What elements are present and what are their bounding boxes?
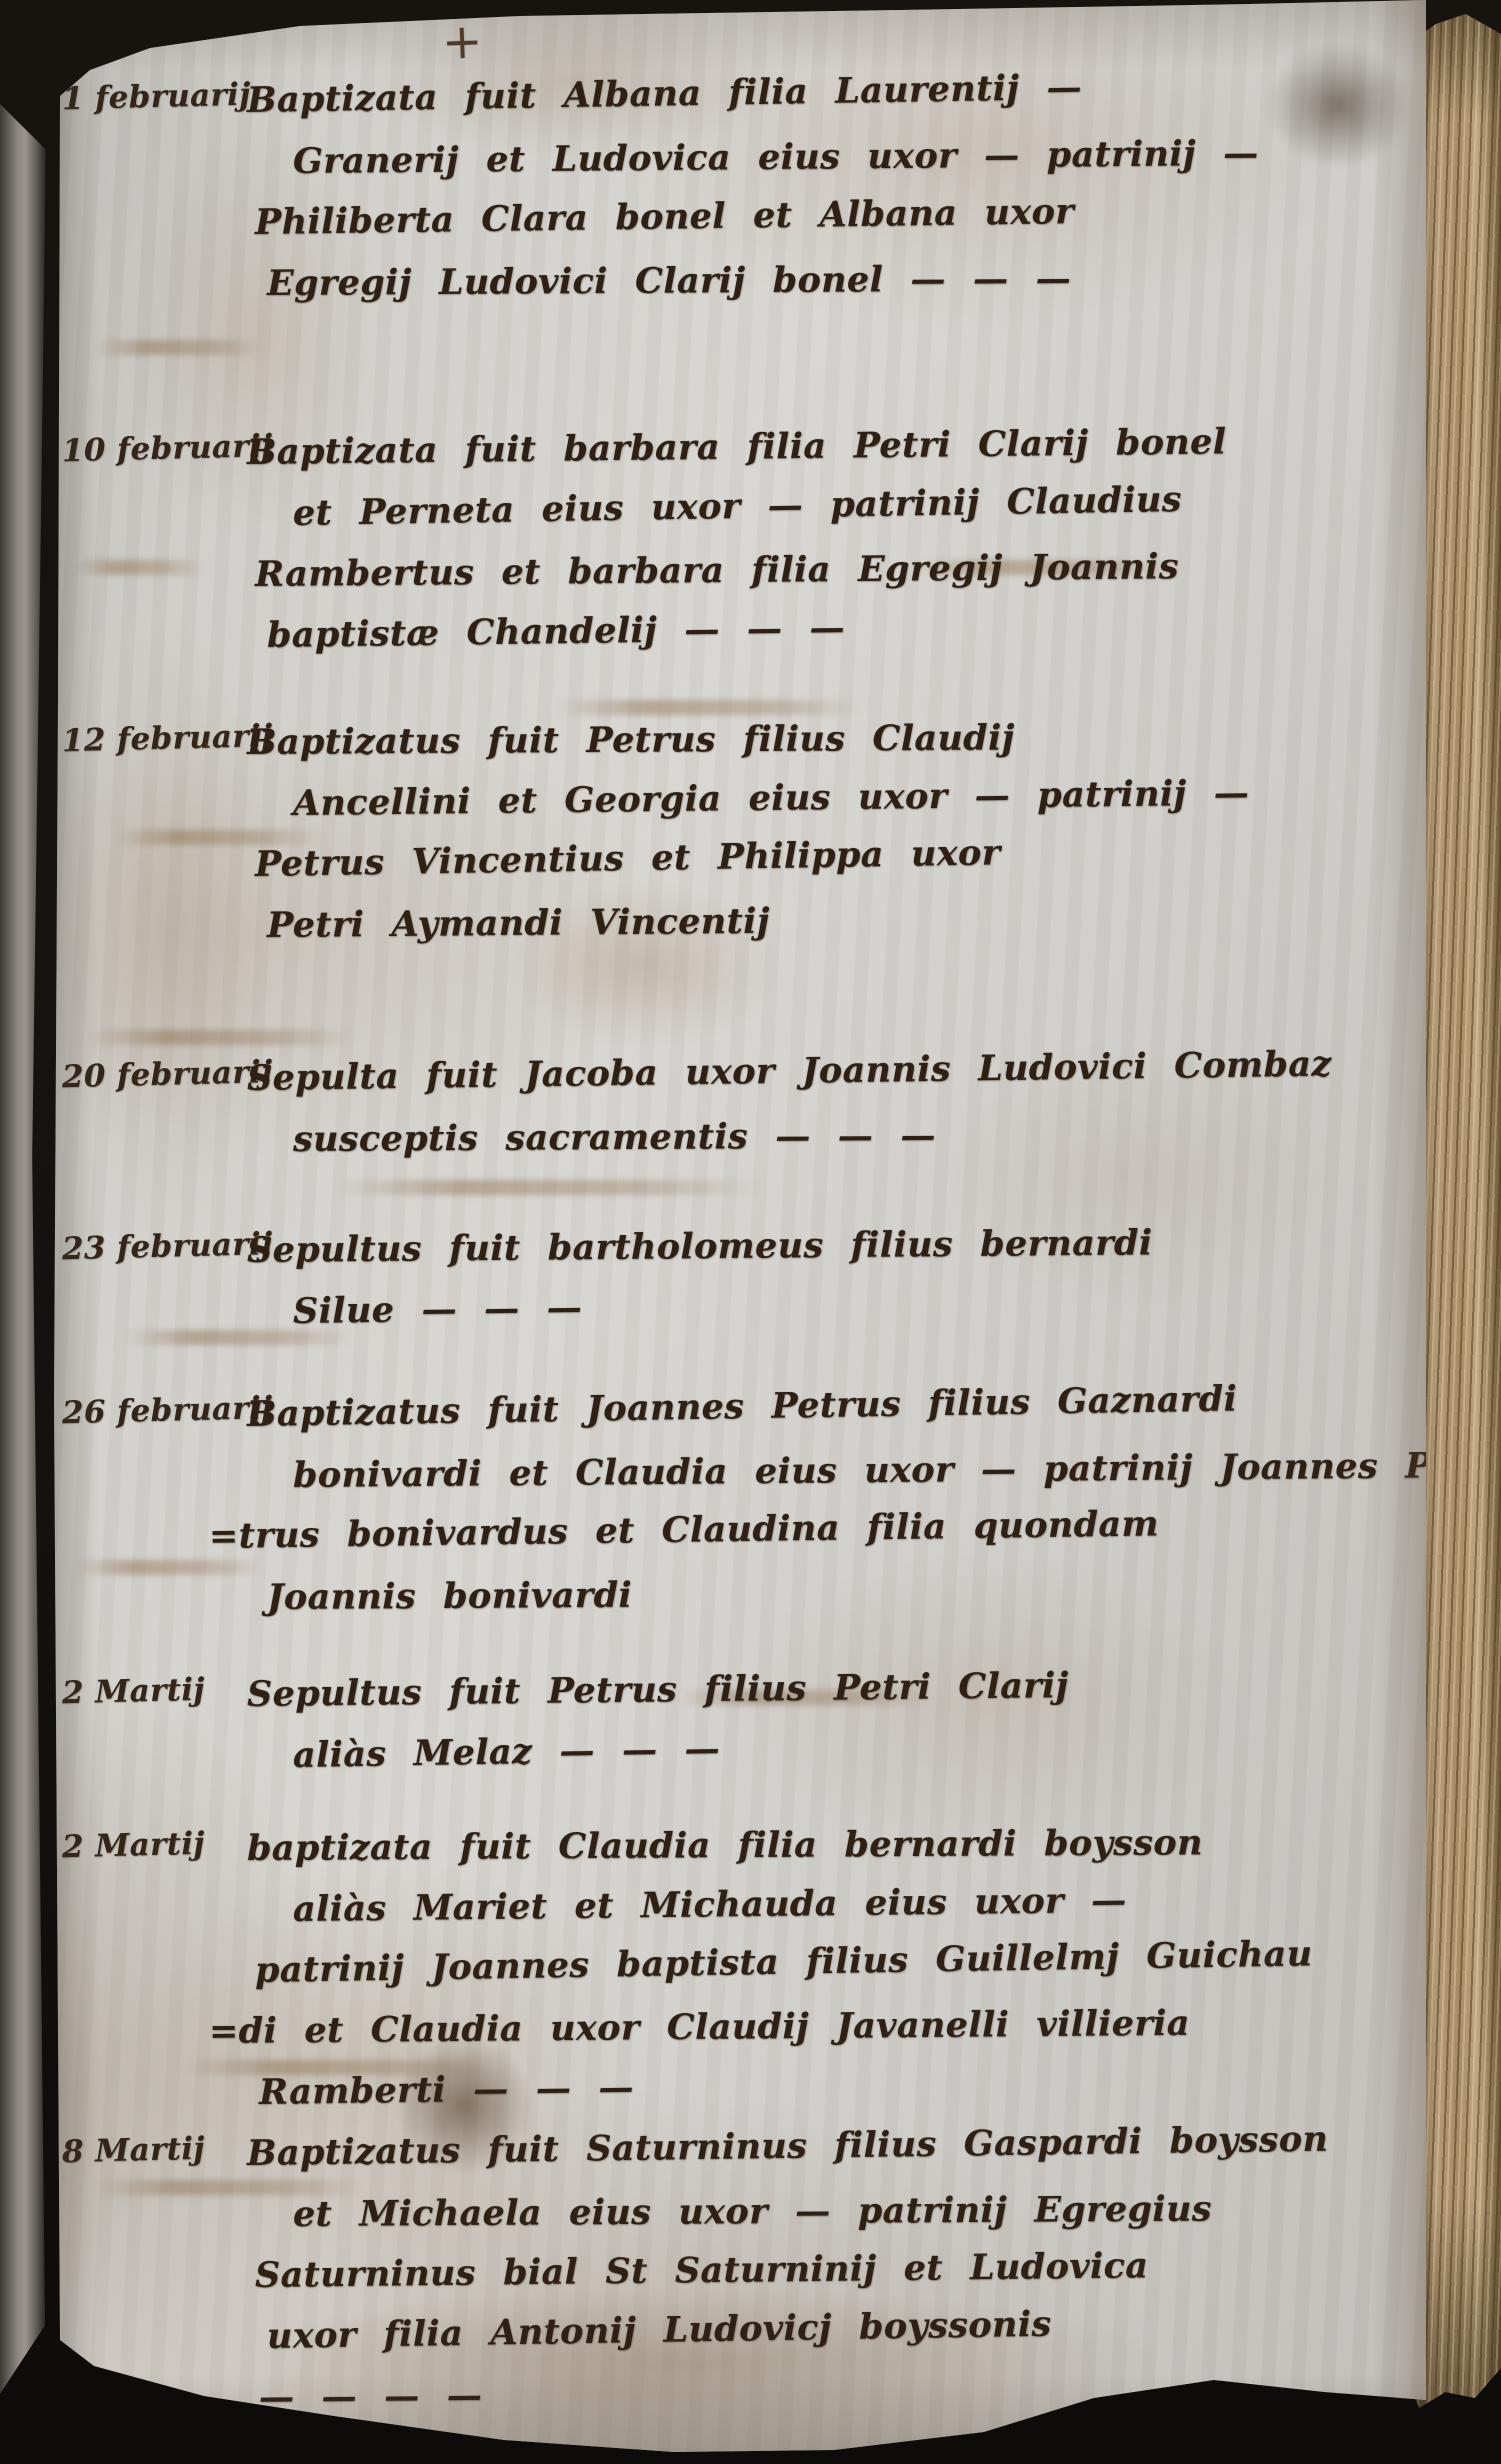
entry-line: Baptizatus fuit Saturninus filius Gaspar… — [247, 2109, 1323, 2184]
entry-date: 2 Martij — [62, 1825, 243, 1865]
entry-date: 20 februarij — [62, 1055, 243, 1095]
entry-line: Silue — — — — [293, 1267, 1323, 1342]
entry-line: Baptizata fuit Albana filia Laurentij — — [247, 53, 1323, 131]
entry-date: 23 februarij — [62, 1227, 243, 1267]
entry-line: Philiberta Clara bonel et Albana uxor — [255, 178, 1323, 253]
manuscript-photo: + 1 februarij Baptizata fuit Albana fili… — [0, 0, 1501, 2464]
register-entry: 20 februarij Sepulta fuit Jacoba uxor Jo… — [62, 1048, 1322, 1170]
entry-line: susceptis sacramentis — — — — [293, 1103, 1322, 1170]
register-entry: 26 februarij Baptizatus fuit Joannes Pet… — [62, 1384, 1322, 1628]
entry-date: 2 Martij — [62, 1671, 243, 1711]
entry-date: 12 februarij — [62, 719, 243, 759]
entry-lines: Baptizatus fuit Joannes Petrus filius Ga… — [247, 1384, 1322, 1628]
entry-lines: Sepultus fuit Petrus filius Petri Clarij… — [247, 1664, 1322, 1786]
entry-lines: Baptizatus fuit Saturninus filius Gaspar… — [247, 2123, 1322, 2428]
entry-lines: baptizata fuit Claudia filia bernardi bo… — [247, 1818, 1322, 2123]
entry-lines: Baptizatus fuit Petrus filius ClaudijAnc… — [247, 712, 1322, 956]
entry-date: 26 februarij — [62, 1391, 243, 1431]
register-entry: 2 Martij Sepultus fuit Petrus filius Pet… — [62, 1664, 1322, 1786]
entry-date: 8 Martij — [62, 2130, 243, 2170]
entry-line: Egregij Ludovici Clarij bonel — — — — [267, 247, 1322, 314]
entry-line: Petri Aymandi Vincentij — [267, 886, 1322, 956]
entry-line: Joannis bonivardi — [267, 1561, 1322, 1628]
entry-lines: Baptizata fuit barbara filia Petri Clari… — [247, 422, 1322, 666]
binding-page-edges-left — [0, 104, 46, 2394]
register-entry: 2 Martij baptizata fuit Claudia filia be… — [62, 1818, 1322, 2123]
entry-line: Sepulta fuit Jacoba uxor Joannis Ludovic… — [247, 1034, 1323, 1109]
register-entry: 12 februarij Baptizatus fuit Petrus fili… — [62, 712, 1322, 956]
register-entry: 1 februarij Baptizata fuit Albana filia … — [62, 70, 1322, 314]
register-entry: 8 Martij Baptizatus fuit Saturninus fili… — [62, 2123, 1322, 2428]
entry-lines: Sepulta fuit Jacoba uxor Joannis Ludovic… — [247, 1048, 1322, 1170]
entry-date: 10 februarij — [62, 429, 243, 469]
entry-lines: Sepultus fuit bartholomeus filius bernar… — [247, 1220, 1322, 1342]
register-entry: 23 februarij Sepultus fuit bartholomeus … — [62, 1220, 1322, 1342]
register-page: + 1 februarij Baptizata fuit Albana fili… — [34, 0, 1426, 2464]
entry-line: Baptizatus fuit Joannes Petrus filius Ga… — [247, 1367, 1323, 1445]
entry-line: — — — — — [259, 2358, 1322, 2428]
cross-mark: + — [441, 13, 483, 70]
entry-lines: Baptizata fuit Albana filia Laurentij —G… — [247, 70, 1322, 314]
entry-date: 1 februarij — [62, 77, 243, 117]
entries: 1 februarij Baptizata fuit Albana filia … — [62, 70, 1322, 2464]
register-entry: 10 februarij Baptizata fuit barbara fili… — [62, 422, 1322, 666]
entry-line: baptistæ Chandelij — — — — [267, 591, 1323, 666]
